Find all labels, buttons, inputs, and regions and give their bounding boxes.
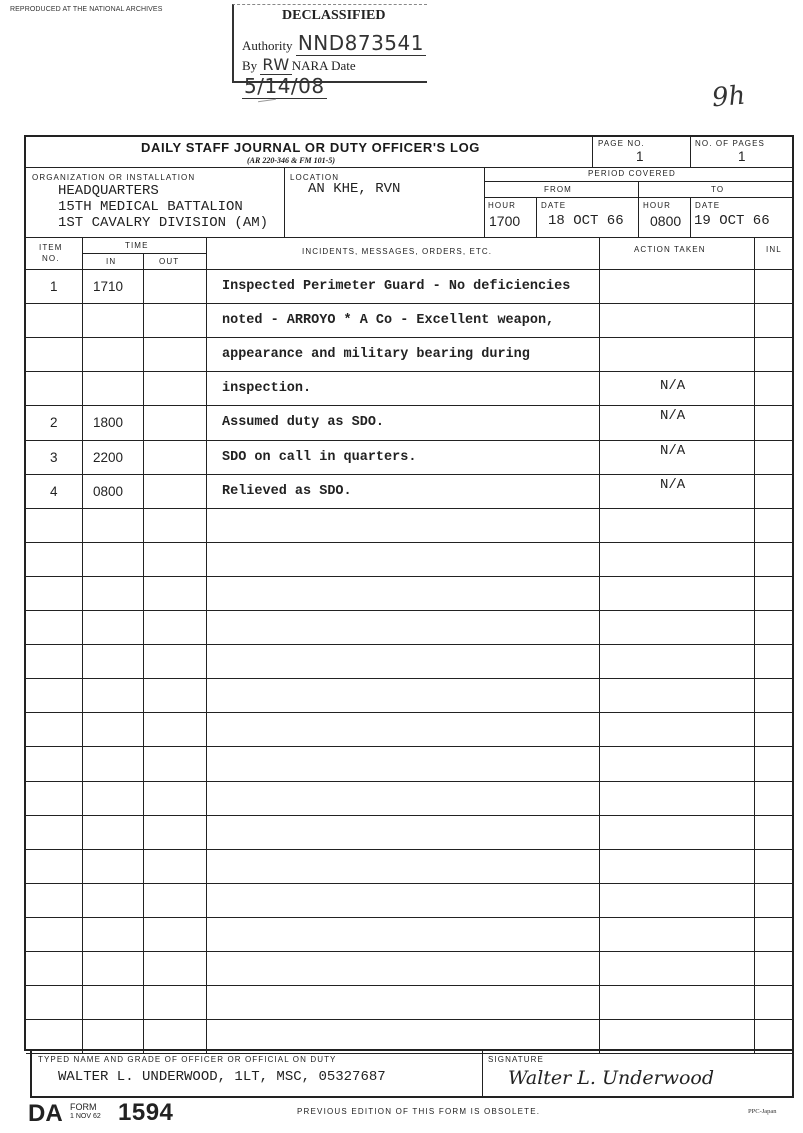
- row-divider: [26, 474, 794, 475]
- printer-note: PPC-Japan: [748, 1108, 777, 1115]
- from-hour-label: HOUR: [488, 201, 516, 210]
- footer-form-label: FORM 1 NOV 62: [70, 1103, 101, 1121]
- time-header: TIME: [125, 241, 149, 250]
- row-divider: [26, 746, 794, 747]
- row-divider: [26, 917, 794, 918]
- stray-mark: [258, 99, 276, 102]
- obsolete-note: PREVIOUS EDITION OF THIS FORM IS OBSOLET…: [297, 1107, 540, 1116]
- stamp-title: DECLASSIFIED: [282, 8, 385, 24]
- action-taken-cell: N/A: [660, 408, 685, 424]
- archives-note: REPRODUCED AT THE NATIONAL ARCHIVES: [10, 6, 162, 13]
- to-label: TO: [711, 185, 724, 194]
- officer-block: TYPED NAME AND GRADE OF OFFICER OR OFFIC…: [30, 1050, 794, 1098]
- incident-cell: Inspected Perimeter Guard - No deficienc…: [222, 279, 570, 294]
- nara-date-label: NARA Date: [292, 58, 356, 73]
- authority-value: NND873541: [296, 31, 426, 56]
- column-divider: [599, 237, 600, 1053]
- row-divider: [26, 849, 794, 850]
- organization-line-1: HEADQUARTERS: [58, 183, 159, 199]
- page-no-value: 1: [636, 149, 644, 164]
- item-no-header: ITEM: [39, 243, 63, 252]
- stamp-date: 5/14/08: [242, 74, 327, 99]
- row-divider: [26, 781, 794, 782]
- stamp-authority: Authority NND873541: [242, 31, 426, 55]
- row-divider: [26, 985, 794, 986]
- from-date-value: 18 OCT 66: [548, 213, 624, 229]
- time-in-cell: 2200: [93, 450, 123, 465]
- declassified-stamp: DECLASSIFIED Authority NND873541 By RWNA…: [232, 4, 427, 83]
- time-in-cell: 0800: [93, 484, 123, 499]
- time-in-cell: 1800: [93, 415, 123, 430]
- from-label: FROM: [544, 185, 572, 194]
- action-taken-cell: N/A: [660, 477, 685, 493]
- organization-line-2: 15TH MEDICAL BATTALION: [58, 199, 243, 215]
- action-taken-cell: N/A: [660, 378, 685, 394]
- organization-label: ORGANIZATION OR INSTALLATION: [32, 173, 195, 182]
- row-divider: [26, 508, 794, 509]
- row-divider: [26, 883, 794, 884]
- item-no-cell: 1: [50, 279, 58, 294]
- inl-header: INL: [766, 245, 782, 254]
- by-value: RW: [260, 55, 291, 75]
- row-divider: [26, 371, 794, 372]
- row-divider: [26, 576, 794, 577]
- form-title: DAILY STAFF JOURNAL OR DUTY OFFICER'S LO…: [141, 140, 480, 155]
- location-value: AN KHE, RVN: [308, 181, 400, 197]
- row-divider: [26, 303, 794, 304]
- row-divider: [26, 815, 794, 816]
- by-label: By: [242, 58, 257, 73]
- to-hour-value: 0800: [650, 213, 681, 229]
- to-date-value: 19 OCT 66: [694, 213, 770, 229]
- column-divider: [143, 253, 144, 1053]
- column-divider: [754, 237, 755, 1053]
- row-divider: [26, 405, 794, 406]
- row-divider: [26, 678, 794, 679]
- incident-cell: inspection.: [222, 381, 311, 396]
- column-divider: [206, 237, 207, 1053]
- row-divider: [26, 269, 794, 270]
- row-divider: [26, 337, 794, 338]
- officer-label: TYPED NAME AND GRADE OF OFFICER OR OFFIC…: [38, 1055, 337, 1064]
- row-divider: [26, 712, 794, 713]
- incident-cell: Assumed duty as SDO.: [222, 415, 384, 430]
- incident-cell: Relieved as SDO.: [222, 484, 352, 499]
- to-hour-label: HOUR: [643, 201, 671, 210]
- duty-log-form: DAILY STAFF JOURNAL OR DUTY OFFICER'S LO…: [24, 135, 794, 1051]
- signature-label: SIGNATURE: [488, 1055, 544, 1064]
- officer-name: WALTER L. UNDERWOOD, 1LT, MSC, 05327687: [58, 1069, 386, 1085]
- row-divider: [26, 1019, 794, 1020]
- footer-da: DA: [28, 1100, 63, 1128]
- item-no-cell: 2: [50, 415, 58, 430]
- stamp-by: By RWNARA Date 5/14/08: [242, 55, 427, 98]
- column-divider: [82, 237, 83, 1053]
- time-out-header: OUT: [159, 257, 179, 266]
- signature: Walter L. Underwood: [508, 1067, 714, 1089]
- time-in-header: IN: [106, 257, 116, 266]
- row-divider: [26, 542, 794, 543]
- time-in-cell: 1710: [93, 279, 123, 294]
- incidents-header: INCIDENTS, MESSAGES, ORDERS, ETC.: [302, 247, 492, 256]
- item-no-cell: 4: [50, 484, 58, 499]
- form-subtitle: (AR 220-346 & FM 101-5): [247, 156, 335, 165]
- incident-cell: SDO on call in quarters.: [222, 450, 416, 465]
- form-number: 1594: [118, 1099, 173, 1127]
- action-taken-cell: N/A: [660, 443, 685, 459]
- action-taken-header: ACTION TAKEN: [634, 245, 706, 254]
- form-date: 1 NOV 62: [70, 1112, 101, 1121]
- authority-label: Authority: [242, 38, 293, 53]
- row-divider: [26, 440, 794, 441]
- item-no-cell: 3: [50, 450, 58, 465]
- item-no-header-2: NO.: [42, 254, 60, 263]
- from-hour-value: 1700: [489, 213, 520, 229]
- page-no-label: PAGE NO.: [598, 139, 645, 148]
- period-covered-label: PERIOD COVERED: [588, 169, 676, 178]
- to-date-label: DATE: [695, 201, 720, 210]
- margin-initials: 9h: [711, 81, 747, 114]
- organization-line-3: 1ST CAVALRY DIVISION (AM): [58, 215, 268, 231]
- from-date-label: DATE: [541, 201, 566, 210]
- incident-cell: appearance and military bearing during: [222, 347, 530, 362]
- row-divider: [26, 644, 794, 645]
- form-label: FORM: [70, 1103, 101, 1112]
- no-of-pages-value: 1: [738, 149, 746, 164]
- row-divider: [26, 610, 794, 611]
- row-divider: [26, 951, 794, 952]
- incident-cell: noted - ARROYO * A Co - Excellent weapon…: [222, 313, 554, 328]
- no-of-pages-label: NO. OF PAGES: [695, 139, 765, 148]
